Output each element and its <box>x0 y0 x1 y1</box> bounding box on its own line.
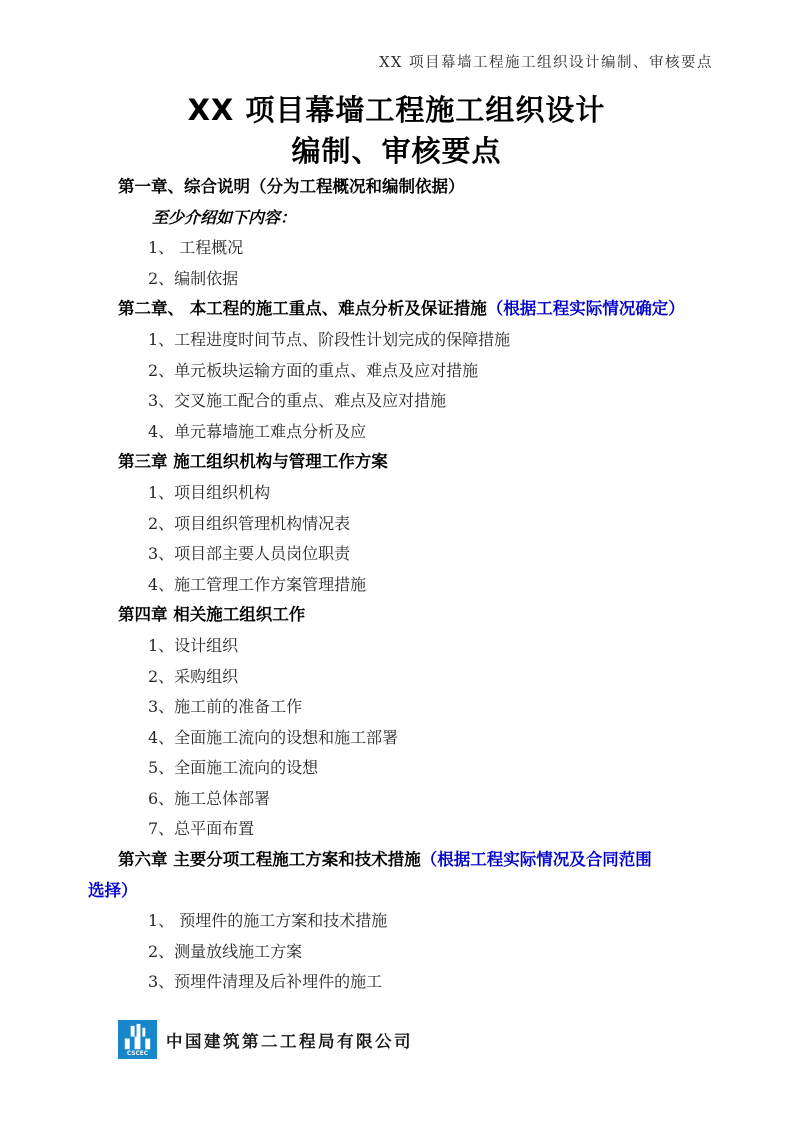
document-outline: 第一章、综合说明（分为工程概况和编制依据）至少介绍如下内容：1、 工程概况2、编… <box>88 172 728 998</box>
outline-text: 第四章 相关施工组织工作 <box>118 605 305 624</box>
outline-text: 3、预埋件清理及后补埋件的施工 <box>148 972 382 991</box>
outline-text: 6、施工总体部署 <box>148 789 270 808</box>
outline-text: 3、项目部主要人员岗位职责 <box>148 544 350 563</box>
outline-text: 1、 预埋件的施工方案和技术措施 <box>148 911 387 930</box>
outline-item-line: 2、测量放线施工方案 <box>88 937 728 968</box>
outline-note-line: 至少介绍如下内容： <box>88 203 728 234</box>
outline-item-line: 3、项目部主要人员岗位职责 <box>88 539 728 570</box>
outline-item-line: 2、项目组织管理机构情况表 <box>88 509 728 540</box>
document-title-line2: 编制、审核要点 <box>0 131 793 172</box>
outline-item-line: 3、施工前的准备工作 <box>88 692 728 723</box>
outline-blue-annotation: （根据工程实际情况确定） <box>487 299 685 318</box>
outline-item-line: 4、单元幕墙施工难点分析及应 <box>88 417 728 448</box>
outline-text: 2、项目组织管理机构情况表 <box>148 514 350 533</box>
outline-text: 7、总平面布置 <box>148 819 254 838</box>
outline-blue-annotation: （根据工程实际情况及合同范围 <box>421 850 652 869</box>
footer: CSCEC 中国建筑第二工程局有限公司 <box>118 1020 413 1059</box>
cscec-logo-label: CSCEC <box>127 1051 148 1057</box>
cscec-logo-icon: CSCEC <box>118 1020 157 1059</box>
outline-text: 2、采购组织 <box>148 667 238 686</box>
outline-item-line: 7、总平面布置 <box>88 814 728 845</box>
outline-text: 1、 工程概况 <box>148 238 243 257</box>
outline-text: 至少介绍如下内容： <box>152 208 296 227</box>
outline-item-line: 2、编制依据 <box>88 264 728 295</box>
outline-item-line: 4、全面施工流向的设想和施工部署 <box>88 723 728 754</box>
outline-item-line: 5、全面施工流向的设想 <box>88 753 728 784</box>
outline-text: 4、全面施工流向的设想和施工部署 <box>148 728 398 747</box>
outline-chapter-line: 第六章 主要分项工程施工方案和技术措施（根据工程实际情况及合同范围 <box>88 845 728 876</box>
outline-text: 第三章 施工组织机构与管理工作方案 <box>118 452 388 471</box>
outline-text: 第二章、 本工程的施工重点、难点分析及保证措施 <box>118 299 487 318</box>
outline-text: 第六章 主要分项工程施工方案和技术措施 <box>118 850 421 869</box>
outline-item-line: 1、 工程概况 <box>88 233 728 264</box>
outline-item-line: 3、交叉施工配合的重点、难点及应对措施 <box>88 386 728 417</box>
outline-chapter-line: 第三章 施工组织机构与管理工作方案 <box>88 447 728 478</box>
outline-text: 2、编制依据 <box>148 269 238 288</box>
outline-text: 第一章、综合说明（分为工程概况和编制依据） <box>118 177 465 196</box>
outline-text: 2、单元板块运输方面的重点、难点及应对措施 <box>148 361 478 380</box>
outline-blue-annotation: 选择） <box>88 881 138 900</box>
running-header: XX 项目幕墙工程施工组织设计编制、审核要点 <box>0 52 713 74</box>
company-name: 中国建筑第二工程局有限公司 <box>166 1028 413 1052</box>
outline-item-line: 2、采购组织 <box>88 662 728 693</box>
outline-item-line: 1、 预埋件的施工方案和技术措施 <box>88 906 728 937</box>
outline-text: 2、测量放线施工方案 <box>148 942 302 961</box>
outline-text: 4、施工管理工作方案管理措施 <box>148 575 366 594</box>
outline-text: 3、交叉施工配合的重点、难点及应对措施 <box>148 391 446 410</box>
outline-item-line: 1、工程进度时间节点、阶段性计划完成的保障措施 <box>88 325 728 356</box>
outline-item-line: 1、项目组织机构 <box>88 478 728 509</box>
outline-item-line: 3、预埋件清理及后补埋件的施工 <box>88 967 728 998</box>
running-header-text: XX 项目幕墙工程施工组织设计编制、审核要点 <box>379 55 713 71</box>
outline-chapter-cont-line: 选择） <box>88 876 728 907</box>
outline-chapter-line: 第二章、 本工程的施工重点、难点分析及保证措施（根据工程实际情况确定） <box>88 294 728 325</box>
document-title-line1: XX 项目幕墙工程施工组织设计 <box>0 90 793 131</box>
document-title: XX 项目幕墙工程施工组织设计 编制、审核要点 <box>0 90 793 172</box>
outline-item-line: 4、施工管理工作方案管理措施 <box>88 570 728 601</box>
outline-text: 4、单元幕墙施工难点分析及应 <box>148 422 366 441</box>
outline-chapter-line: 第四章 相关施工组织工作 <box>88 600 728 631</box>
outline-text: 1、设计组织 <box>148 636 238 655</box>
outline-text: 5、全面施工流向的设想 <box>148 758 318 777</box>
outline-item-line: 6、施工总体部署 <box>88 784 728 815</box>
outline-text: 1、项目组织机构 <box>148 483 270 502</box>
outline-chapter-line: 第一章、综合说明（分为工程概况和编制依据） <box>88 172 728 203</box>
outline-text: 3、施工前的准备工作 <box>148 697 302 716</box>
outline-item-line: 1、设计组织 <box>88 631 728 662</box>
outline-item-line: 2、单元板块运输方面的重点、难点及应对措施 <box>88 356 728 387</box>
outline-text: 1、工程进度时间节点、阶段性计划完成的保障措施 <box>148 330 510 349</box>
document-page: XX 项目幕墙工程施工组织设计编制、审核要点 XX 项目幕墙工程施工组织设计 编… <box>0 0 793 1122</box>
